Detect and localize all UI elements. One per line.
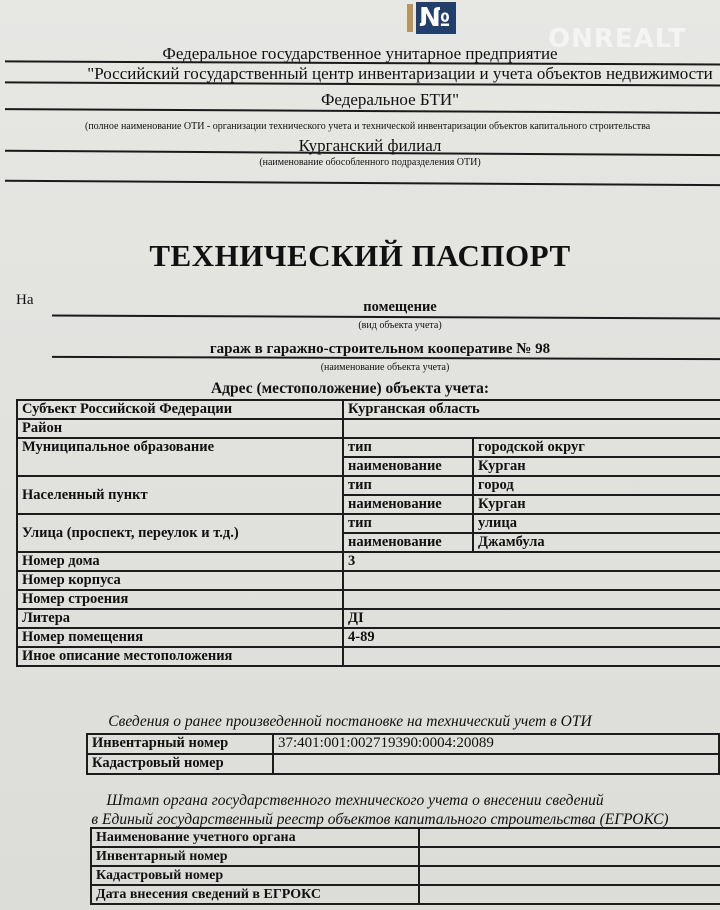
egroks-table: Наименование учетного органа Инвентарный… — [90, 827, 720, 905]
object-type-hint: (вид объекта учета) — [90, 320, 710, 331]
oti-table: Инвентарный номер 37:401:001:002719390:0… — [86, 733, 720, 775]
table-row: Литера ДI — [17, 609, 720, 628]
subject-value: Курганская область — [343, 400, 720, 419]
street-type-value: улица — [473, 514, 720, 533]
page-title: ТЕХНИЧЕСКИЙ ПАСПОРТ — [50, 238, 670, 274]
object-type: помещение — [90, 299, 710, 316]
table-row: Район — [17, 419, 720, 438]
logo-gold-bar — [407, 4, 413, 32]
building-label: Номер корпуса — [17, 571, 343, 590]
table-row: Кадастровый номер — [91, 866, 720, 885]
municipality-type-value: городской округ — [473, 438, 720, 457]
district-label: Район — [17, 419, 343, 438]
egroks-inventory-value — [419, 847, 720, 866]
table-row: Инвентарный номер — [91, 847, 720, 866]
settlement-name-value: Курган — [473, 495, 720, 514]
litera-value: ДI — [343, 609, 720, 628]
table-row: Номер помещения 4-89 — [17, 628, 720, 647]
house-label: Номер дома — [17, 552, 343, 571]
table-row: Номер корпуса — [17, 571, 720, 590]
district-value — [343, 419, 720, 438]
settlement-type-value: город — [473, 476, 720, 495]
street-type-label: тип — [343, 514, 473, 533]
house-value: 3 — [343, 552, 720, 571]
egroks-cadastral-value — [419, 866, 720, 885]
municipality-name-label: наименование — [343, 457, 473, 476]
street-name-label: наименование — [343, 533, 473, 552]
subject-label: Субъект Российской Федерации — [17, 400, 343, 419]
egroks-date-value — [419, 885, 720, 904]
municipality-name-value: Курган — [473, 457, 720, 476]
org-line-3: Федеральное БТИ" — [30, 90, 720, 110]
settlement-name-label: наименование — [343, 495, 473, 514]
street-name-value: Джамбула — [473, 533, 720, 552]
structure-label: Номер строения — [17, 590, 343, 609]
building-value — [343, 571, 720, 590]
table-row: Номер строения — [17, 590, 720, 609]
table-row: Номер дома 3 — [17, 552, 720, 571]
municipality-label: Муниципальное образование — [17, 438, 343, 476]
object-name-hint: (наименование объекта учета) — [75, 362, 695, 373]
table-row: Кадастровый номер — [87, 754, 719, 774]
table-row: Дата внесения сведений в ЕГРОКС — [91, 885, 720, 904]
room-value: 4-89 — [343, 628, 720, 647]
egroks-authority-label: Наименование учетного органа — [91, 828, 419, 847]
egroks-authority-value — [419, 828, 720, 847]
numero-sign-logo: № — [407, 0, 457, 34]
table-row: Улица (проспект, переулок и т.д.) тип ул… — [17, 514, 720, 533]
egroks-heading-1: Штамп органа государственного техническо… — [45, 792, 665, 810]
oti-cadastral-label: Кадастровый номер — [87, 754, 273, 774]
logo-glyph: № — [416, 2, 456, 34]
table-row: Наименование учетного органа — [91, 828, 720, 847]
table-row: Населенный пункт тип город — [17, 476, 720, 495]
oti-heading: Сведения о ранее произведенной постановк… — [40, 713, 660, 731]
other-label: Иное описание местоположения — [17, 647, 343, 666]
litera-label: Литера — [17, 609, 343, 628]
other-value — [343, 647, 720, 666]
egroks-cadastral-label: Кадастровый номер — [91, 866, 419, 885]
object-prefix: На — [16, 292, 34, 309]
table-row: Инвентарный номер 37:401:001:002719390:0… — [87, 734, 719, 754]
divider — [5, 180, 720, 186]
municipality-type-label: тип — [343, 438, 473, 457]
oti-inventory-value: 37:401:001:002719390:0004:20089 — [273, 734, 719, 754]
org-line-2: "Российский государственный центр инвент… — [40, 64, 720, 84]
branch-hint: (наименование обособленного подразделени… — [10, 157, 720, 168]
table-row: Субъект Российской Федерации Курганская … — [17, 400, 720, 419]
table-row: Муниципальное образование тип городской … — [17, 438, 720, 457]
structure-value — [343, 590, 720, 609]
table-row: Иное описание местоположения — [17, 647, 720, 666]
address-heading: Адрес (местоположение) объекта учета: — [40, 380, 660, 398]
settlement-label: Населенный пункт — [17, 476, 343, 514]
oti-cadastral-value — [273, 754, 719, 774]
oti-inventory-label: Инвентарный номер — [87, 734, 273, 754]
org-hint: (полное наименование ОТИ - организации т… — [85, 121, 720, 132]
egroks-date-label: Дата внесения сведений в ЕГРОКС — [91, 885, 419, 904]
egroks-inventory-label: Инвентарный номер — [91, 847, 419, 866]
address-table: Субъект Российской Федерации Курганская … — [16, 399, 720, 667]
street-label: Улица (проспект, переулок и т.д.) — [17, 514, 343, 552]
settlement-type-label: тип — [343, 476, 473, 495]
room-label: Номер помещения — [17, 628, 343, 647]
